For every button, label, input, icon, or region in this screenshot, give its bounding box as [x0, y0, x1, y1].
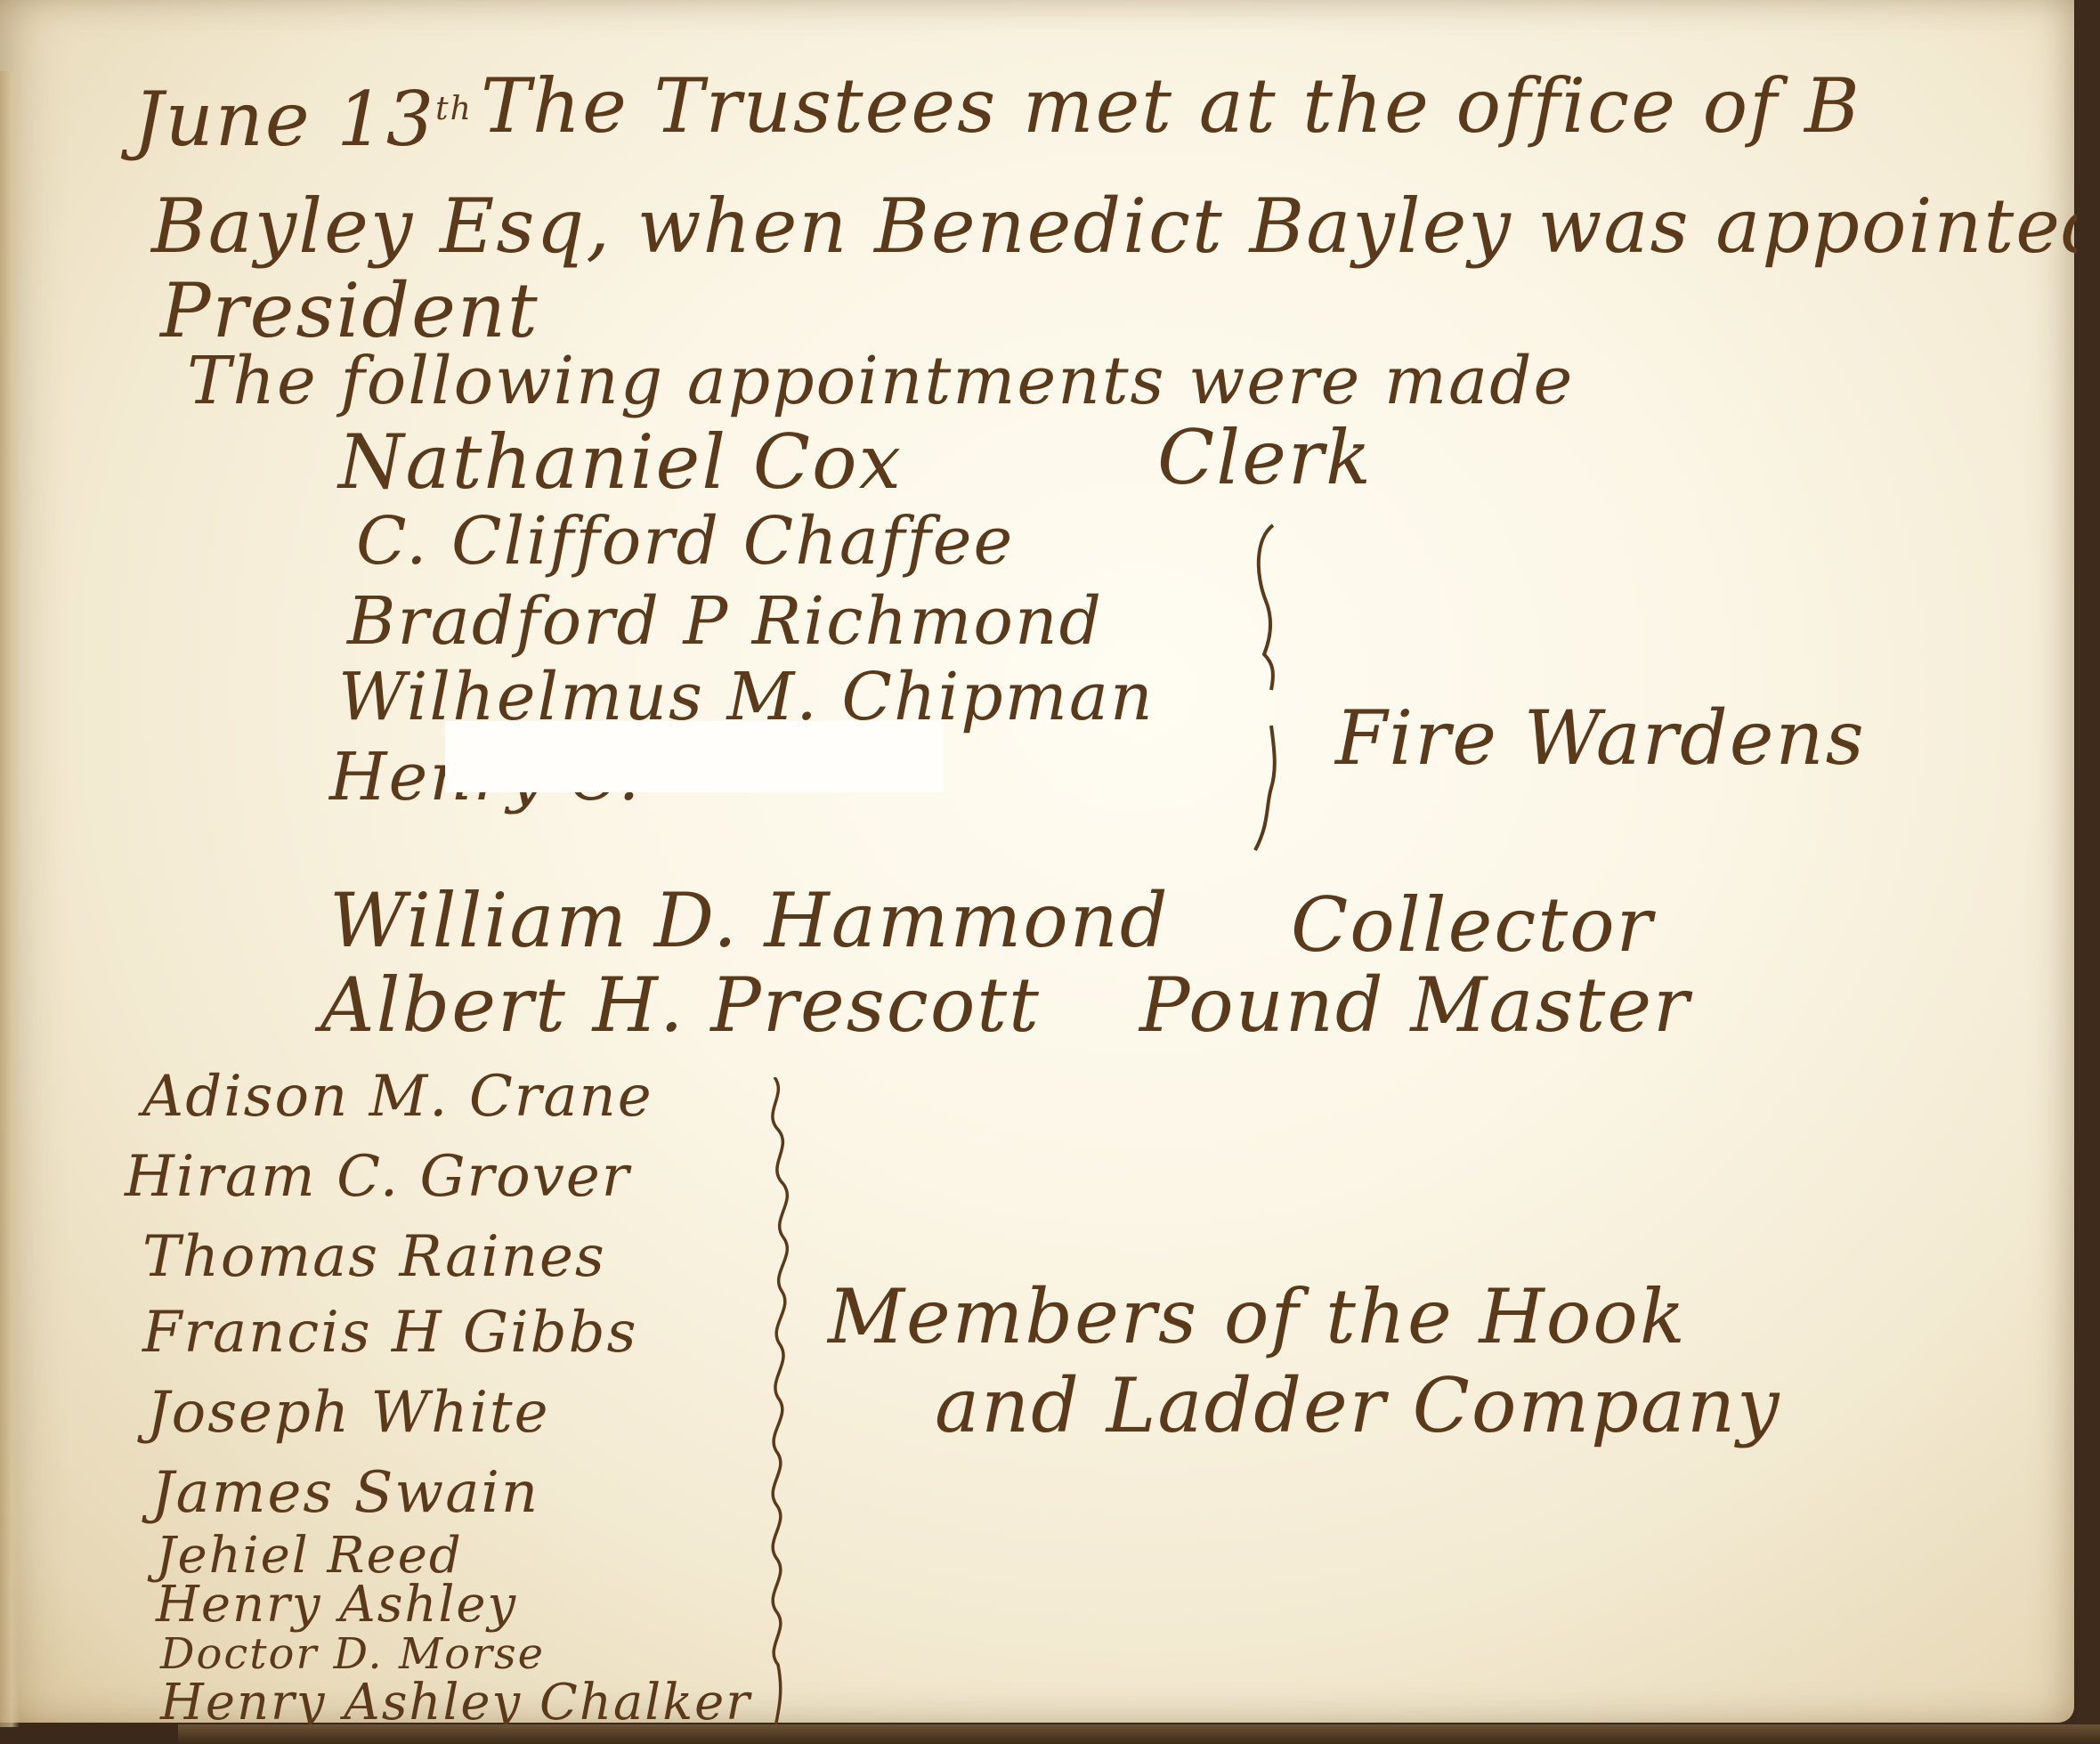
date-text: June 13 — [134, 76, 435, 163]
member-3: Thomas Raines — [142, 1224, 606, 1290]
page-spine-shadow — [0, 71, 20, 1727]
member-10: Henry Ashley Chalker — [160, 1674, 751, 1732]
clerk-role: Clerk — [1157, 414, 1373, 501]
minutes-date: June 13th — [134, 76, 473, 163]
member-8: Henry Ashley — [156, 1576, 517, 1634]
collector-name: William D. Hammond — [329, 877, 1170, 964]
manuscript-page: June 13th The Trustees met at the office… — [0, 0, 2074, 1723]
hook-ladder-label-line-2: and Ladder Company — [935, 1362, 1781, 1449]
minutes-line-1: The Trustees met at the office of B — [481, 62, 1861, 150]
redacted-area — [445, 721, 944, 792]
pound-master-role: Pound Master — [1139, 961, 1691, 1049]
date-suffix: th — [435, 91, 473, 127]
fire-wardens-brace — [1246, 521, 1300, 859]
member-9: Doctor D. Morse — [160, 1629, 545, 1679]
book-binding-bottom — [178, 1724, 2100, 1744]
member-1: Adison M. Crane — [142, 1064, 653, 1130]
hook-ladder-label-line-1: Members of the Hook — [828, 1273, 1687, 1360]
member-5: Joseph White — [147, 1380, 550, 1446]
member-2: Hiram C. Grover — [125, 1144, 630, 1210]
minutes-line-3: President — [160, 267, 539, 354]
book-binding-right — [2077, 0, 2100, 1744]
minutes-line-2: Bayley Esq, when Benedict Bayley was app… — [151, 183, 2100, 270]
fire-warden-name-2: Bradford P Richmond — [347, 583, 1103, 660]
member-4: Francis H Gibbs — [142, 1300, 637, 1366]
minutes-line-4: The following appointments were made — [187, 343, 1574, 419]
members-brace — [757, 1077, 810, 1736]
member-6: James Swain — [151, 1460, 539, 1526]
fire-warden-name-1: C. Clifford Chaffee — [356, 503, 1014, 580]
collector-role: Collector — [1291, 881, 1654, 969]
clerk-name: Nathaniel Cox — [338, 418, 903, 506]
fire-wardens-role: Fire Wardens — [1335, 694, 1866, 782]
pound-master-name: Albert H. Prescott — [320, 961, 1041, 1049]
